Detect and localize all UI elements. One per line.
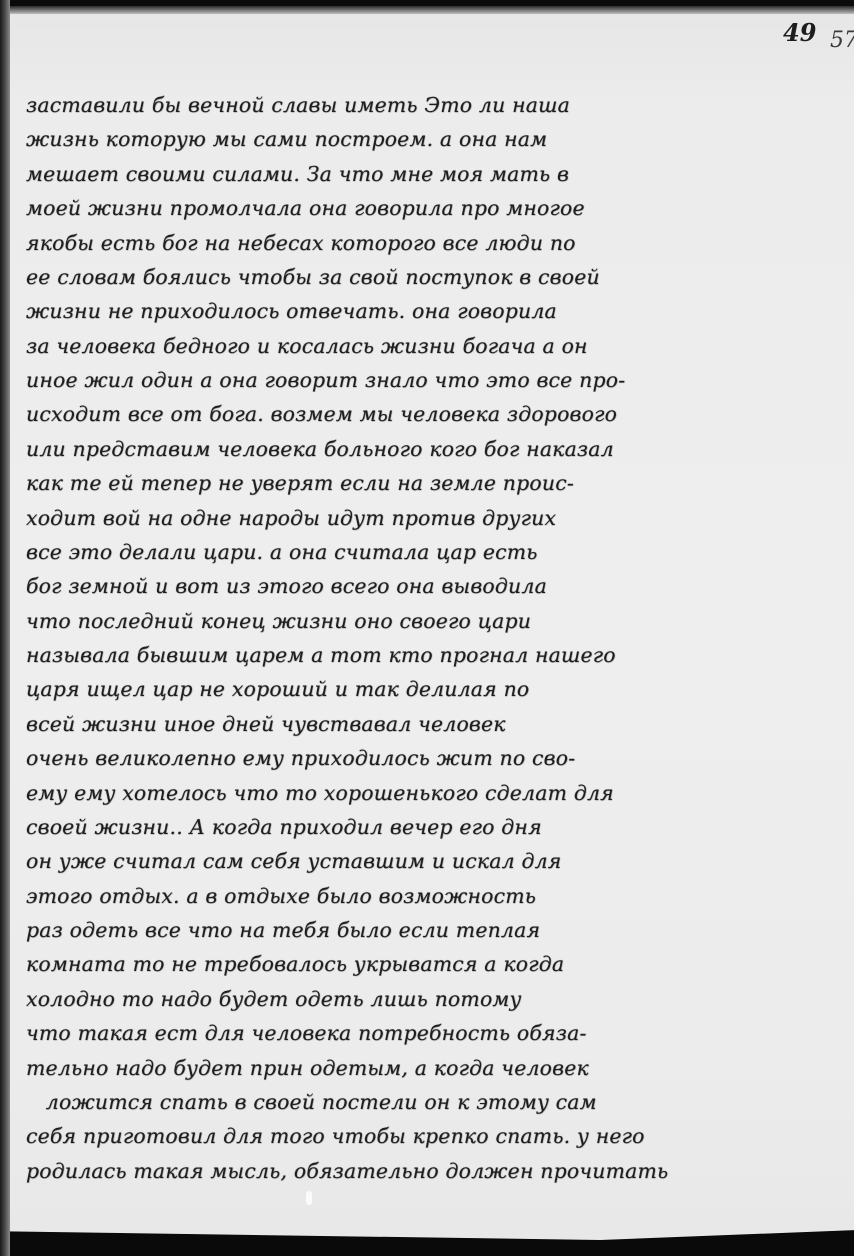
handwritten-line: за человека бедного и косалась жизни бог… [26,329,838,363]
handwritten-line: моей жизни промолчала она говорила про м… [26,191,838,225]
handwritten-line: бог земной и вот из этого всего она выво… [26,569,838,603]
handwritten-line: заставили бы вечной славы иметь Это ли н… [26,88,838,122]
handwritten-line: жизни не приходилось отвечать. она говор… [26,294,838,328]
handwritten-line: иное жил один а она говорит знало что эт… [26,363,838,397]
handwritten-line: ходит вой на одне народы идут против дру… [26,501,838,535]
page-number: 49 [783,18,816,47]
handwritten-line: ему ему хотелось что то хорошенького сде… [26,776,838,810]
handwritten-line: все это делали цари. а она считала цар е… [26,535,838,569]
handwritten-line: холодно то надо будет одеть лишь потому [26,982,838,1016]
handwritten-line: тельно надо будет прин одетым, а когда ч… [26,1051,838,1085]
handwritten-line: ложится спать в своей постели он к этому… [26,1085,854,1119]
handwritten-line: он уже считал сам себя уставшим и искал … [26,844,838,878]
handwritten-line: или представим человека больного кого бо… [26,432,838,466]
handwritten-line: жизнь которую мы сами построем. а она на… [26,122,838,156]
handwritten-line: что такая ест для человека потребность о… [26,1016,838,1050]
paper-sheet: 49 57 заставили бы вечной славы иметь Эт… [8,6,854,1240]
handwritten-line: комната то не требовалось укрыватся а ко… [26,947,838,981]
handwritten-line: что последний конец жизни оно своего цар… [26,604,838,638]
top-edge-shadow [8,6,854,14]
handwritten-line: очень великолепно ему приходилось жит по… [26,741,838,775]
handwritten-line: всей жизни иное дней чувствавал человек [26,707,838,741]
handwritten-line: своей жизни.. А когда приходил вечер его… [26,810,838,844]
handwritten-line: исходит все от бога. возмем мы человека … [26,397,838,431]
handwritten-text-body: заставили бы вечной славы иметь Это ли н… [26,88,846,1188]
handwritten-line: этого отдых. а в отдыхе было возможность [26,879,838,913]
handwritten-line: родилась такая мысль, обязательно должен… [26,1154,838,1188]
handwritten-line: как те ей тепер не уверят если на земле … [26,466,838,500]
handwritten-line: раз одеть все что на тебя было если тепл… [26,913,838,947]
page-number-secondary: 57 [830,28,854,53]
handwritten-line: царя ищел цар не хороший и так делилая п… [26,672,838,706]
handwritten-line: ее словам боялись чтобы за свой поступок… [26,260,838,294]
light-glare-mark [306,1191,312,1205]
binding-edge [0,0,10,1256]
scanned-page-background: 49 57 заставили бы вечной славы иметь Эт… [0,0,854,1256]
handwritten-line: себя приготовил для того чтобы крепко сп… [26,1119,838,1153]
handwritten-line: якобы есть бог на небесах которого все л… [26,226,838,260]
handwritten-line: называла бывшим царем а тот кто прогнал … [26,638,838,672]
handwritten-line: мешает своими силами. За что мне моя мат… [26,157,838,191]
